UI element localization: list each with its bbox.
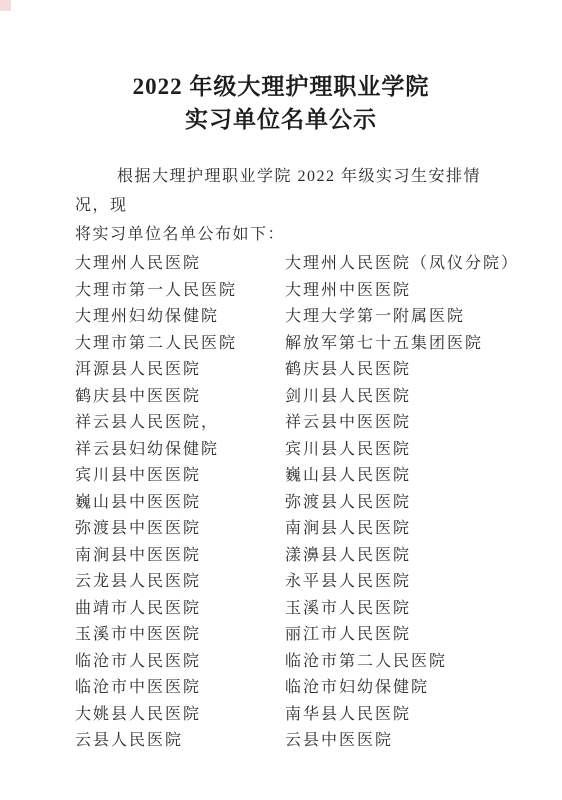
hospital-list-left-column: 大理州人民医院 大理市第一人民医院 大理州妇幼保健院 大理市第二人民医院 洱源县…	[75, 251, 285, 755]
list-item: 大姚县人民医院	[75, 702, 285, 729]
scan-artifact	[0, 0, 11, 11]
list-item: 大理州人民医院（凤仪分院）	[285, 251, 562, 278]
list-item: 祥云县妇幼保健院	[75, 437, 285, 464]
list-item: 南涧县中医医院	[75, 543, 285, 570]
list-item: 巍山县人民医院	[285, 463, 562, 490]
list-item: 漾濞县人民医院	[285, 543, 562, 570]
intro-paragraph: 根据大理护理职业学院 2022 年级实习生安排情况，现 将实习单位名单公布如下：	[75, 162, 492, 249]
list-item: 大理州中医医院	[285, 278, 562, 305]
list-item: 临沧市人民医院	[75, 649, 285, 676]
list-item: 大理市第一人民医院	[75, 278, 285, 305]
list-item: 临沧市第二人民医院	[285, 649, 562, 676]
list-item: 祥云县人民医院，	[75, 410, 285, 437]
list-item: 临沧市妇幼保健院	[285, 675, 562, 702]
intro-line-1: 根据大理护理职业学院 2022 年级实习生安排情况，现	[75, 162, 492, 220]
list-item: 弥渡县中医医院	[75, 516, 285, 543]
list-item: 鹤庆县人民医院	[285, 357, 562, 384]
list-item: 宾川县人民医院	[285, 437, 562, 464]
list-item: 大理州妇幼保健院	[75, 304, 285, 331]
hospital-list: 大理州人民医院 大理市第一人民医院 大理州妇幼保健院 大理市第二人民医院 洱源县…	[75, 251, 562, 755]
list-item: 大理州人民医院	[75, 251, 285, 278]
list-item: 巍山县中医医院	[75, 490, 285, 517]
list-item: 玉溪市人民医院	[285, 596, 562, 623]
list-item: 弥渡县人民医院	[285, 490, 562, 517]
document-title: 2022 年级大理护理职业学院 实习单位名单公示	[0, 70, 562, 136]
list-item: 曲靖市人民医院	[75, 596, 285, 623]
intro-line-2: 将实习单位名单公布如下：	[75, 220, 492, 249]
list-item: 丽江市人民医院	[285, 622, 562, 649]
list-item: 鹤庆县中医医院	[75, 384, 285, 411]
list-item: 云县中医医院	[285, 728, 562, 755]
list-item: 南涧县人民医院	[285, 516, 562, 543]
title-line-1: 2022 年级大理护理职业学院	[0, 70, 562, 103]
list-item: 大理市第二人民医院	[75, 331, 285, 358]
list-item: 宾川县中医医院	[75, 463, 285, 490]
list-item: 临沧市中医医院	[75, 675, 285, 702]
list-item: 南华县人民医院	[285, 702, 562, 729]
list-item: 大理大学第一附属医院	[285, 304, 562, 331]
document-page: 2022 年级大理护理职业学院 实习单位名单公示 根据大理护理职业学院 2022…	[0, 0, 562, 800]
list-item: 解放军第七十五集团医院	[285, 331, 562, 358]
list-item: 永平县人民医院	[285, 569, 562, 596]
list-item: 洱源县人民医院	[75, 357, 285, 384]
title-line-2: 实习单位名单公示	[0, 103, 562, 136]
hospital-list-right-column: 大理州人民医院（凤仪分院） 大理州中医医院 大理大学第一附属医院 解放军第七十五…	[285, 251, 562, 755]
list-item: 玉溪市中医医院	[75, 622, 285, 649]
list-item: 剑川县人民医院	[285, 384, 562, 411]
list-item: 云龙县人民医院	[75, 569, 285, 596]
list-item: 祥云县中医医院	[285, 410, 562, 437]
list-item: 云县人民医院	[75, 728, 285, 755]
